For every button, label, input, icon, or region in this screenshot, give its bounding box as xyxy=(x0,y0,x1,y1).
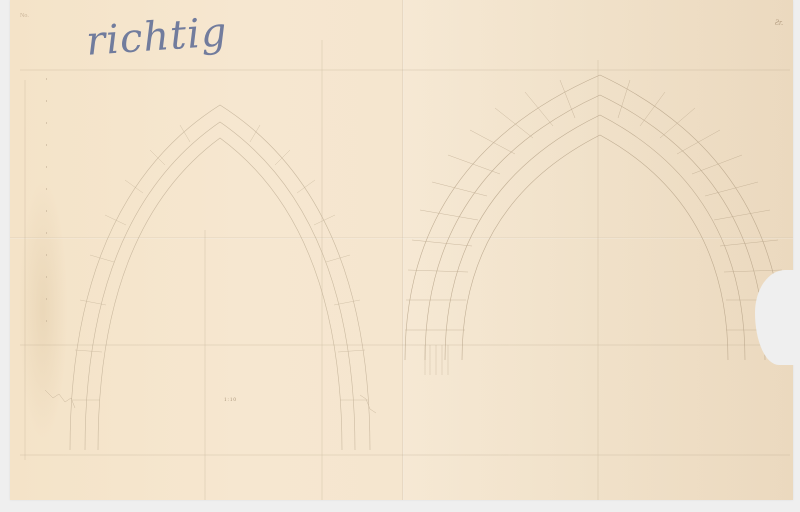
sheet-number-label: No. xyxy=(20,13,29,19)
torn-edge xyxy=(755,270,800,365)
handwritten-note: richtig xyxy=(85,9,229,65)
arch-drawings xyxy=(0,0,800,512)
corner-note: Ƨr. xyxy=(775,18,783,27)
scale-label: 1:10 xyxy=(224,398,237,403)
right-arch xyxy=(405,75,785,375)
left-arch xyxy=(45,105,376,450)
margin-notation xyxy=(46,78,47,322)
